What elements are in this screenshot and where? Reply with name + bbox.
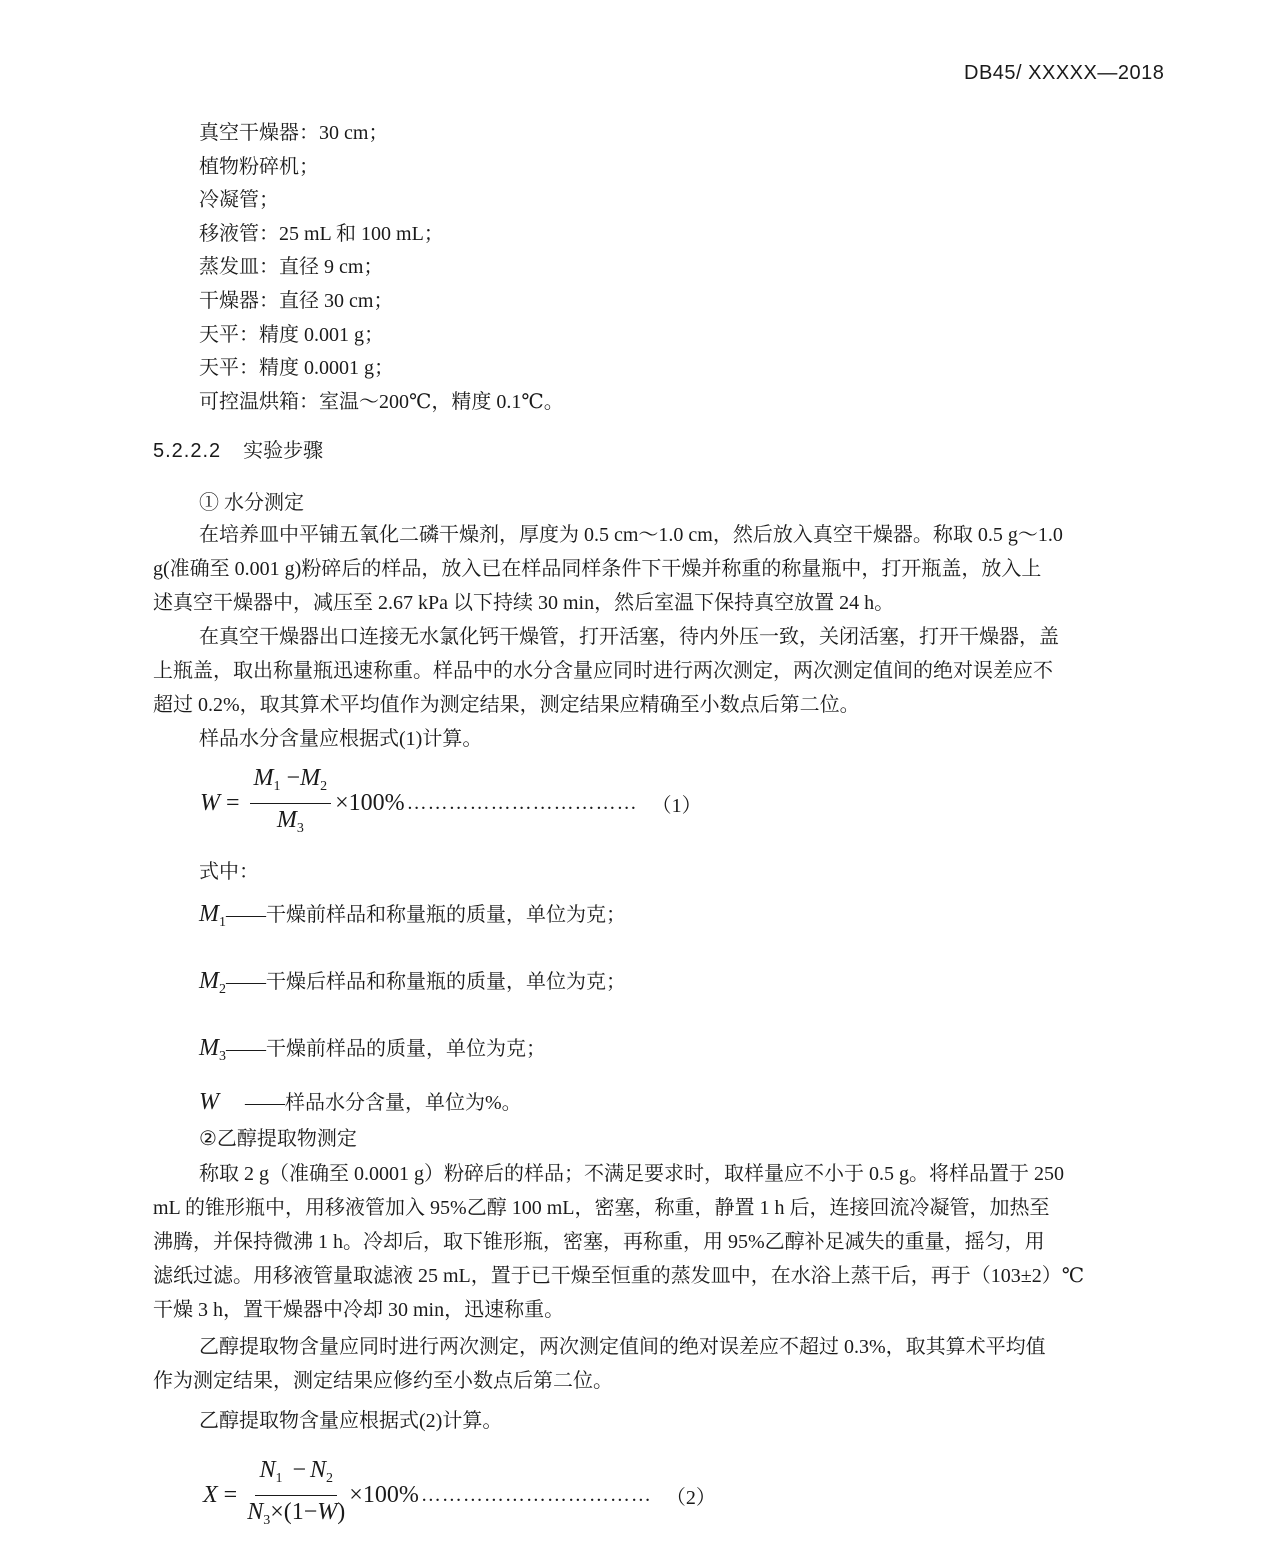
paragraph-line: 上瓶盖，取出称量瓶迅速称重。样品中的水分含量应同时进行两次测定，两次测定值间的绝… xyxy=(153,654,1159,688)
denominator-symbol: M xyxy=(277,807,297,833)
variable-description: ——样品水分含量，单位为%。 xyxy=(245,1086,522,1115)
ethanol-accuracy-paragraph: 乙醇提取物含量应同时进行两次测定，两次测定值间的绝对误差应不超过 0.3%，取其… xyxy=(153,1330,1159,1398)
variable-description: ——干燥后样品和称量瓶的质量，单位为克； xyxy=(226,965,626,994)
variable-symbol: W xyxy=(199,1089,231,1116)
where-label: 式中： xyxy=(199,855,259,884)
equipment-list: 真空干燥器：30 cm； 植物粉碎机； 冷凝管； 移液管：25 mL 和 100… xyxy=(199,117,564,419)
minus-sign: − xyxy=(287,765,301,791)
numerator-subscript: 1 xyxy=(274,779,281,794)
moisture-heading: ① 水分测定 xyxy=(199,486,304,515)
paragraph-line: 干燥 3 h，置干燥器中冷却 30 min，迅速称重。 xyxy=(153,1293,1159,1327)
numerator-symbol: M xyxy=(254,765,274,791)
paragraph-line: g(准确至 0.001 g)粉碎后的样品，放入已在样品同样条件下干燥并称重的称量… xyxy=(153,552,1159,586)
denominator-symbol: W xyxy=(317,1499,337,1525)
variable-definition: M2 ——干燥后样品和称量瓶的质量，单位为克； xyxy=(199,965,626,998)
formula-leader-dots: …………………………… xyxy=(421,1484,652,1507)
numerator-subscript: 2 xyxy=(326,1471,333,1486)
equipment-item: 天平：精度 0.001 g； xyxy=(199,319,564,353)
moisture-procedure-paragraph: 在培养皿中平铺五氧化二磷干燥剂，厚度为 0.5 cm～1.0 cm，然后放入真空… xyxy=(153,518,1159,620)
variable-definition: W ——样品水分含量，单位为%。 xyxy=(199,1086,522,1116)
variable-definition: M1 ——干燥前样品和称量瓶的质量，单位为克； xyxy=(199,898,626,931)
variable-definition: M3 ——干燥前样品的质量，单位为克； xyxy=(199,1032,546,1065)
formula-fraction: N1 −N2 N3×(1−W) xyxy=(247,1456,345,1535)
formula-denominator: N3×(1−W) xyxy=(247,1496,345,1535)
standard-code-header: DB45/ XXXXX—2018 xyxy=(964,62,1164,85)
section-number: 5.2.2.2 xyxy=(153,440,221,462)
ethanol-procedure-paragraph: 称取 2 g（准确至 0.0001 g）粉碎后的样品；不满足要求时，取样量应不小… xyxy=(153,1157,1159,1327)
formula-numerator: M1 −M2 xyxy=(250,764,332,804)
numerator-subscript: 2 xyxy=(320,779,327,794)
equation-number: （2） xyxy=(666,1481,716,1510)
paragraph-line: 述真空干燥器中，减压至 2.67 kPa 以下持续 30 min，然后室温下保持… xyxy=(153,586,1159,620)
paragraph-line: 沸腾，并保持微沸 1 h。冷却后，取下锥形瓶，密塞，再称重，用 95%乙醇补足减… xyxy=(153,1225,1159,1259)
minus-sign: − xyxy=(292,1457,306,1483)
paragraph-line: 超过 0.2%，取其算术平均值作为测定结果，测定结果应精确至小数点后第二位。 xyxy=(153,688,1159,722)
formula-lhs: X xyxy=(203,1482,218,1509)
formula-equals: = xyxy=(226,790,240,817)
ethanol-formula-intro: 乙醇提取物含量应根据式(2)计算。 xyxy=(199,1404,502,1433)
moisture-formula: W = M1 −M2 M3 ×100% …………………………… （1） xyxy=(200,764,702,843)
equipment-item: 天平：精度 0.0001 g； xyxy=(199,352,564,386)
denominator-symbol: N xyxy=(247,1499,263,1525)
numerator-symbol: M xyxy=(300,765,320,791)
variable-symbol: M3 xyxy=(199,1035,226,1065)
denominator-expression: ×(1− xyxy=(270,1499,317,1525)
formula-leader-dots: …………………………… xyxy=(407,792,638,815)
moisture-formula-intro: 样品水分含量应根据式(1)计算。 xyxy=(199,722,482,751)
paragraph-line: 作为测定结果，测定结果应修约至小数点后第二位。 xyxy=(153,1364,1159,1398)
equipment-item: 真空干燥器：30 cm； xyxy=(199,117,564,151)
variable-description: ——干燥前样品的质量，单位为克； xyxy=(226,1032,546,1061)
paragraph-line: 乙醇提取物含量应同时进行两次测定，两次测定值间的绝对误差应不超过 0.3%，取其… xyxy=(153,1330,1159,1364)
equipment-item: 植物粉碎机； xyxy=(199,151,564,185)
denominator-close: ) xyxy=(337,1499,345,1525)
denominator-subscript: 3 xyxy=(297,821,304,836)
paragraph-line: mL 的锥形瓶中，用移液管加入 95%乙醇 100 mL，密塞，称重，静置 1 … xyxy=(153,1191,1159,1225)
equipment-item: 蒸发皿：直径 9 cm； xyxy=(199,251,564,285)
formula-numerator: N1 −N2 xyxy=(255,1456,337,1496)
section-heading: 5.2.2.2实验步骤 xyxy=(153,434,323,463)
paragraph-line: 在真空干燥器出口连接无水氯化钙干燥管，打开活塞，待内外压一致，关闭活塞，打开干燥… xyxy=(153,620,1159,654)
ethanol-formula: X = N1 −N2 N3×(1−W) ×100% …………………………… （2… xyxy=(203,1456,716,1535)
paragraph-line: 在培养皿中平铺五氧化二磷干燥剂，厚度为 0.5 cm～1.0 cm，然后放入真空… xyxy=(153,518,1159,552)
formula-equals: = xyxy=(224,1482,238,1509)
equipment-item: 冷凝管； xyxy=(199,184,564,218)
equipment-item: 可控温烘箱：室温～200℃，精度 0.1℃。 xyxy=(199,386,564,420)
variable-symbol: M1 xyxy=(199,901,226,931)
equation-number: （1） xyxy=(652,789,702,818)
formula-times-percent: ×100% xyxy=(335,790,405,817)
equipment-item: 移液管：25 mL 和 100 mL； xyxy=(199,218,564,252)
moisture-weighing-paragraph: 在真空干燥器出口连接无水氯化钙干燥管，打开活塞，待内外压一致，关闭活塞，打开干燥… xyxy=(153,620,1159,722)
formula-lhs: W xyxy=(200,790,220,817)
paragraph-line: 称取 2 g（准确至 0.0001 g）粉碎后的样品；不满足要求时，取样量应不小… xyxy=(153,1157,1159,1191)
formula-denominator: M3 xyxy=(277,804,304,843)
variable-symbol: M2 xyxy=(199,968,226,998)
numerator-symbol: N xyxy=(259,1457,275,1483)
numerator-subscript: 1 xyxy=(275,1471,282,1486)
ethanol-heading: ②乙醇提取物测定 xyxy=(199,1122,357,1151)
paragraph-line: 滤纸过滤。用移液管量取滤液 25 mL，置于已干燥至恒重的蒸发皿中，在水浴上蒸干… xyxy=(153,1259,1159,1293)
formula-fraction: M1 −M2 M3 xyxy=(250,764,332,843)
section-title: 实验步骤 xyxy=(243,440,323,462)
formula-times-percent: ×100% xyxy=(349,1482,419,1509)
variable-description: ——干燥前样品和称量瓶的质量，单位为克； xyxy=(226,898,626,927)
equipment-item: 干燥器：直径 30 cm； xyxy=(199,285,564,319)
numerator-symbol: N xyxy=(310,1457,326,1483)
